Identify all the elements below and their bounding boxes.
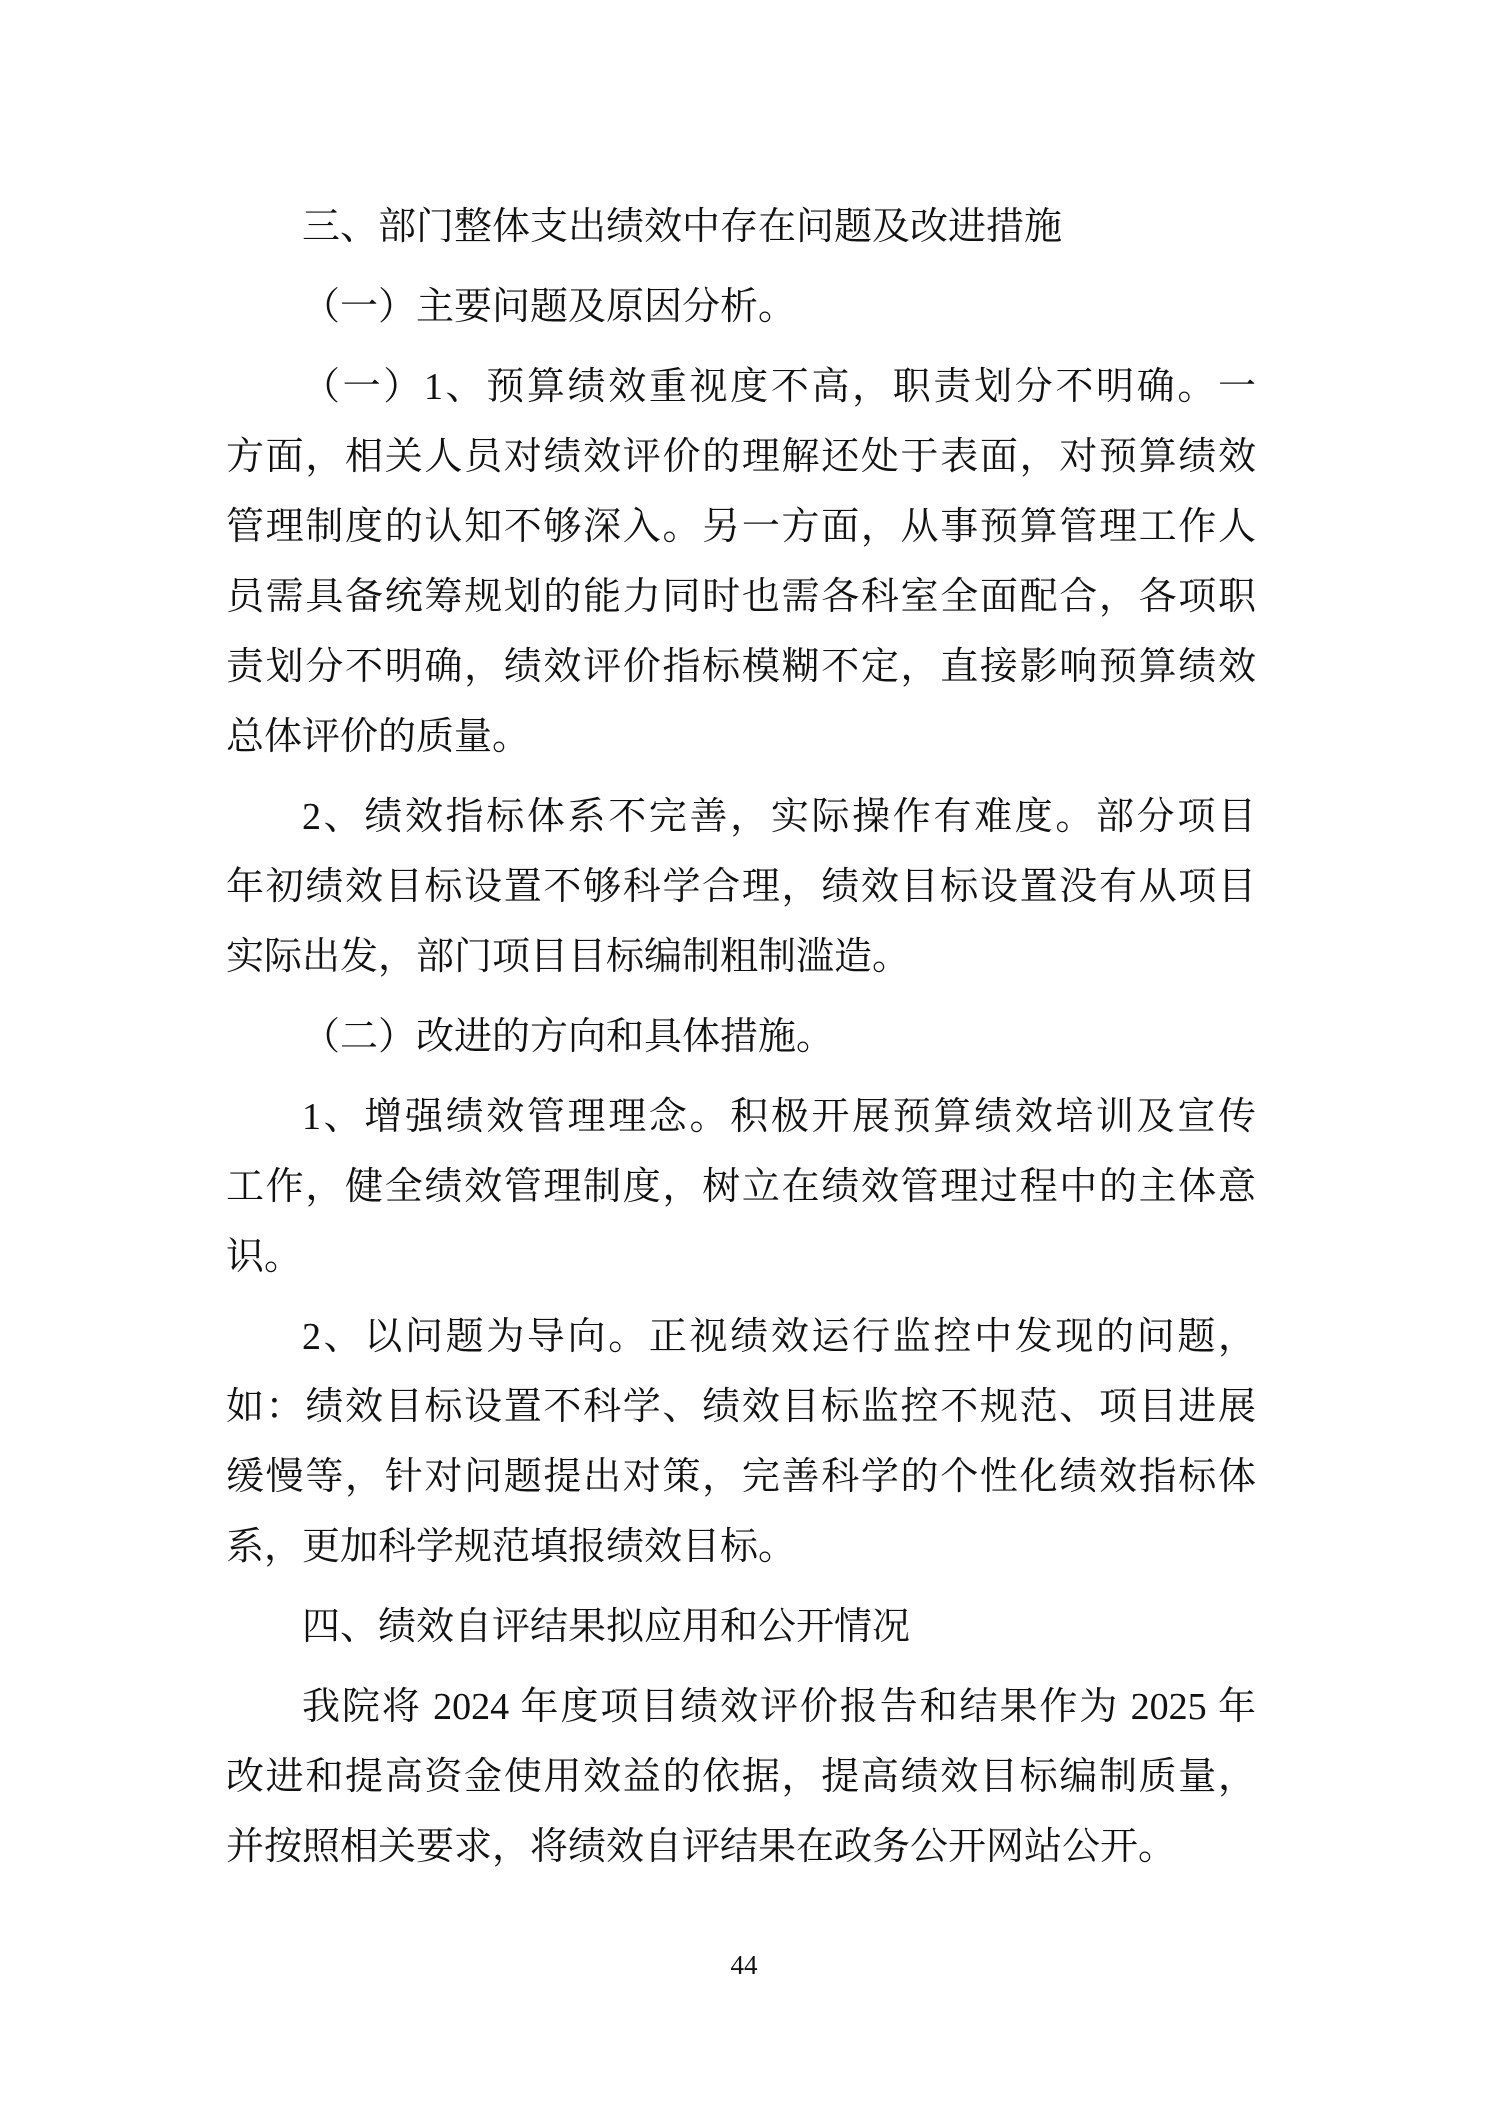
text-line: 实际出发，部门项目目标编制粗制滥造。 (226, 922, 1256, 992)
text-line: 管理制度的认知不够深入。另一方面，从事预算管理工作人 (226, 492, 1256, 562)
text-line: （二）改进的方向和具体措施。 (226, 1002, 1256, 1072)
text-line: 工作，健全绩效管理制度，树立在绩效管理过程中的主体意 (226, 1152, 1256, 1222)
text-line: （一）主要问题及原因分析。 (226, 272, 1256, 342)
text-line: 总体评价的质量。 (226, 702, 1256, 772)
document-body: 三、部门整体支出绩效中存在问题及改进措施（一）主要问题及原因分析。（一）1、预算… (226, 192, 1256, 1882)
text-line: 识。 (226, 1222, 1256, 1292)
text-line: 责划分不明确，绩效评价指标模糊不定，直接影响预算绩效 (226, 632, 1256, 702)
text-line: 缓慢等，针对问题提出对策，完善科学的个性化绩效指标体 (226, 1442, 1256, 1512)
text-line: 三、部门整体支出绩效中存在问题及改进措施 (226, 192, 1256, 262)
text-line: 1、增强绩效管理理念。积极开展预算绩效培训及宣传 (226, 1082, 1256, 1152)
text-line: 如：绩效目标设置不科学、绩效目标监控不规范、项目进展 (226, 1372, 1256, 1442)
document-page: 三、部门整体支出绩效中存在问题及改进措施（一）主要问题及原因分析。（一）1、预算… (0, 0, 1488, 2104)
text-line: 我院将 2024 年度项目绩效评价报告和结果作为 2025 年 (226, 1672, 1256, 1742)
text-line: 年初绩效目标设置不够科学合理，绩效目标设置没有从项目 (226, 852, 1256, 922)
text-line: 2、以问题为导向。正视绩效运行监控中发现的问题， (226, 1302, 1256, 1372)
text-line: 2、绩效指标体系不完善，实际操作有难度。部分项目 (226, 782, 1256, 852)
text-line: 四、绩效自评结果拟应用和公开情况 (226, 1592, 1256, 1662)
text-line: 并按照相关要求，将绩效自评结果在政务公开网站公开。 (226, 1812, 1256, 1882)
text-line: 系，更加科学规范填报绩效目标。 (226, 1512, 1256, 1582)
text-line: 员需具备统筹规划的能力同时也需各科室全面配合，各项职 (226, 562, 1256, 632)
text-line: 方面，相关人员对绩效评价的理解还处于表面，对预算绩效 (226, 422, 1256, 492)
text-line: 改进和提高资金使用效益的依据，提高绩效目标编制质量， (226, 1742, 1256, 1812)
page-number: 44 (0, 1948, 1488, 1982)
text-line: （一）1、预算绩效重视度不高，职责划分不明确。一 (226, 352, 1256, 422)
